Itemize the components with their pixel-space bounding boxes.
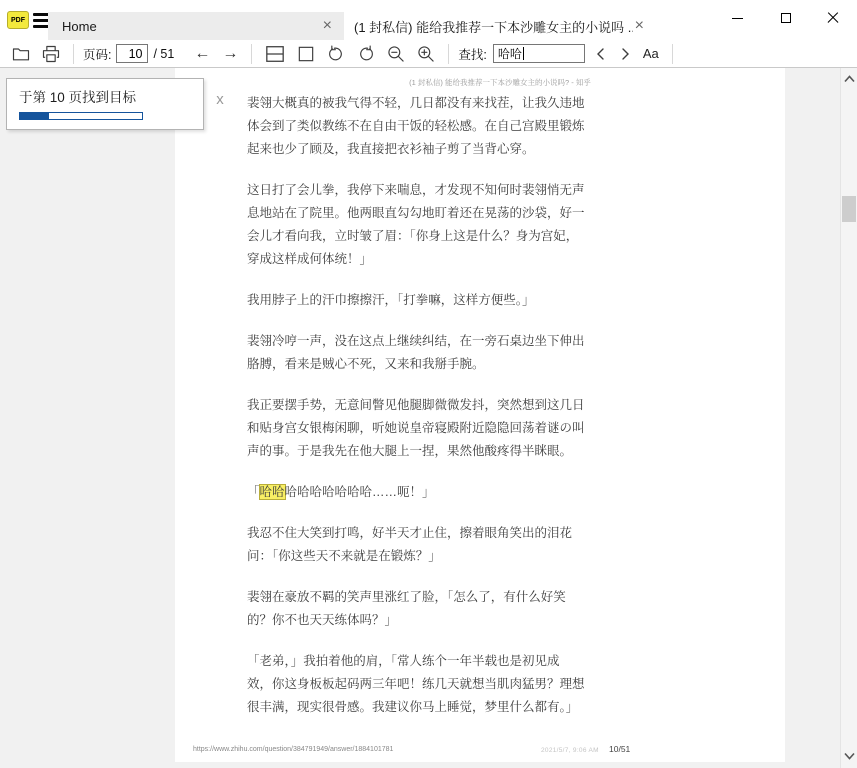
folder-icon xyxy=(11,44,31,64)
rotate-left-icon xyxy=(326,44,346,64)
page-total-label: / 51 xyxy=(153,47,174,61)
paragraph: 「哈哈哈哈哈哈哈哈哈……呃！」 xyxy=(247,481,591,504)
toolbar-separator xyxy=(448,44,449,64)
close-button[interactable] xyxy=(818,6,848,30)
chevron-left-icon xyxy=(594,46,608,62)
toolbar-separator xyxy=(73,44,74,64)
chevron-right-icon xyxy=(618,46,632,62)
find-result-text: 于第 10 页找到目标 xyxy=(19,86,191,106)
fit-width-icon xyxy=(264,44,286,64)
toolbar: 页码: / 51 ← → 查找: 哈哈 xyxy=(0,40,857,68)
find-progress-bar xyxy=(19,112,143,120)
page-number-input[interactable] xyxy=(116,44,148,63)
tab-home-label: Home xyxy=(62,19,321,34)
search-highlight: 哈哈 xyxy=(260,485,285,499)
print-button[interactable] xyxy=(38,42,64,66)
text-caret xyxy=(523,47,524,60)
paragraph: 我用脖子上的汗巾擦擦汗，「打拳嘛，这样方便些。」 xyxy=(247,289,591,312)
find-next-button[interactable] xyxy=(615,42,635,66)
chevron-down-icon xyxy=(844,752,855,760)
match-case-button[interactable]: Aa xyxy=(637,46,665,61)
fit-width-button[interactable] xyxy=(261,42,289,66)
paragraph: 我忍不住大笑到打鸣，好半天才止住，擦着眼角笑出的泪花 问：「你这些天不来就是在锻… xyxy=(247,522,591,568)
scroll-up-button[interactable] xyxy=(841,70,857,87)
tab-home-close-icon[interactable]: × xyxy=(321,18,334,34)
fit-page-icon xyxy=(296,44,316,64)
paragraph: 裴翎大概真的被我气得不轻，几日都没有来找茬，让我久违地 体会到了类似教练不在自由… xyxy=(247,92,591,161)
notification-close-icon[interactable]: x xyxy=(212,92,228,108)
find-input-value: 哈哈 xyxy=(498,45,522,62)
document-footer-page-indicator: 10/51 xyxy=(609,744,630,754)
scrollbar-thumb[interactable] xyxy=(842,196,856,222)
paragraph: 这日打了会儿拳，我停下来喘息，才发现不知何时裴翎悄无声 息地站在了院里。他两眼直… xyxy=(247,179,591,271)
minimize-button[interactable] xyxy=(722,6,752,30)
page-number-label: 页码: xyxy=(83,45,111,63)
paragraph: 裴翎在豪放不羁的笑声里涨红了脸，「怎么了，有什么好笑 的？你不也天天练体吗？」 xyxy=(247,586,591,632)
titlebar: PDF Home × (1 封私信) 能给我推荐一下本沙雕女主的小说吗 ... … xyxy=(0,0,857,40)
tab-document-close-icon[interactable]: × xyxy=(633,18,646,34)
document-footer-timestamp: 2021/5/7, 9:06 AM xyxy=(541,747,599,754)
chevron-up-icon xyxy=(844,75,855,83)
rotate-left-button[interactable] xyxy=(323,42,349,66)
toolbar-separator xyxy=(672,44,673,64)
document-footer-url: https://www.zhihu.com/question/384791949… xyxy=(193,746,393,753)
rotate-right-button[interactable] xyxy=(353,42,379,66)
maximize-icon xyxy=(781,13,791,23)
zoom-out-button[interactable] xyxy=(383,42,409,66)
tab-document[interactable]: (1 封私信) 能给我推荐一下本沙雕女主的小说吗 ... × xyxy=(348,12,654,40)
paragraph: 我正要摆手势，无意间瞥见他腿脚微微发抖，突然想到这几日 和贴身宫女银梅闲聊，听她… xyxy=(247,394,591,463)
previous-page-button[interactable]: ← xyxy=(188,45,216,63)
next-page-button[interactable]: → xyxy=(216,45,244,63)
scroll-down-button[interactable] xyxy=(841,747,857,764)
maximize-button[interactable] xyxy=(771,6,801,30)
paragraph: 「老弟，」我拍着他的肩，「常人练个一年半载也是初见成 效，你这身板板起码两三年吧… xyxy=(247,650,591,719)
tab-home[interactable]: Home × xyxy=(48,12,344,40)
rotate-right-icon xyxy=(356,44,376,64)
zoom-in-icon xyxy=(416,44,436,64)
pdf-page: (1 封私信) 能给我推荐一下本沙雕女主的小说吗? - 知乎 裴翎大概真的被我气… xyxy=(175,68,785,762)
close-icon xyxy=(827,12,839,24)
zoom-out-icon xyxy=(386,44,406,64)
tab-document-label: (1 封私信) 能给我推荐一下本沙雕女主的小说吗 ... xyxy=(354,17,633,36)
find-input[interactable]: 哈哈 xyxy=(493,44,585,63)
vertical-scrollbar[interactable] xyxy=(840,68,857,768)
paragraphs: 裴翎大概真的被我气得不轻，几日都没有来找茬，让我久违地 体会到了类似教练不在自由… xyxy=(247,92,591,737)
minimize-icon xyxy=(732,18,743,19)
document-canvas: (1 封私信) 能给我推荐一下本沙雕女主的小说吗? - 知乎 裴翎大概真的被我气… xyxy=(0,68,857,768)
sumatra-pdf-window: PDF Home × (1 封私信) 能给我推荐一下本沙雕女主的小说吗 ... … xyxy=(0,0,857,768)
fit-page-button[interactable] xyxy=(293,42,319,66)
app-logo-pdf-icon[interactable]: PDF xyxy=(7,11,29,29)
toolbar-separator xyxy=(251,44,252,64)
zoom-in-button[interactable] xyxy=(413,42,439,66)
open-file-button[interactable] xyxy=(8,42,34,66)
document-header-title: (1 封私信) 能给我推荐一下本沙雕女主的小说吗? - 知乎 xyxy=(370,77,630,88)
find-previous-button[interactable] xyxy=(591,42,611,66)
printer-icon xyxy=(41,44,61,64)
find-progress-notification: 于第 10 页找到目标 x xyxy=(6,78,228,130)
notification-box: 于第 10 页找到目标 xyxy=(6,78,204,130)
paragraph: 裴翎冷哼一声，没在这点上继续纠结，在一旁石桌边坐下伸出 胳膊，看来是贼心不死，又… xyxy=(247,330,591,376)
find-label: 查找: xyxy=(458,45,486,63)
find-progress-fill xyxy=(20,113,49,119)
